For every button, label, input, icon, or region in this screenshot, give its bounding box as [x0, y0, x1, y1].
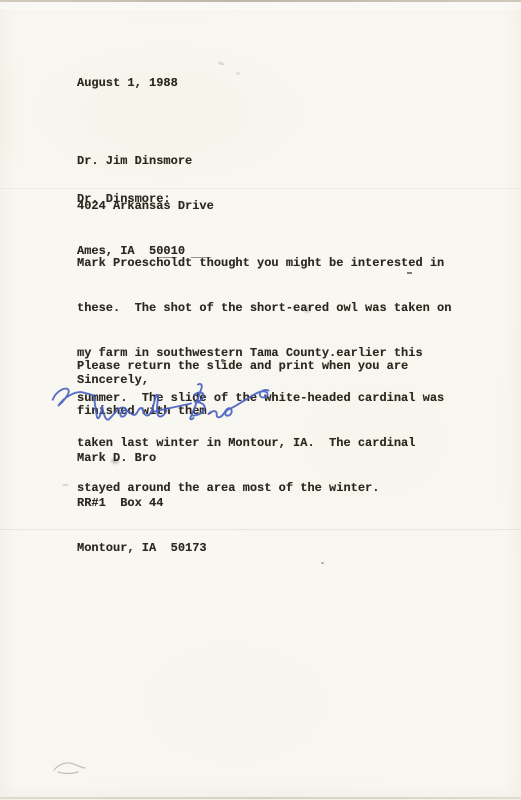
- paper-speck: [218, 61, 225, 66]
- paper-speck: [321, 562, 324, 564]
- sender-route-box: RR#1 Box 44: [77, 496, 207, 511]
- pencil-mark: [52, 760, 90, 778]
- sender-name: Mark D. Bro: [77, 451, 207, 466]
- letter-date: August 1, 1988: [77, 76, 178, 91]
- scan-top-highlight: [0, 2, 521, 10]
- recipient-name: Dr. Jim Dinsmore: [77, 154, 214, 169]
- paper-speck: [236, 72, 240, 75]
- scanned-letter-page: August 1, 1988 Dr. Jim Dinsmore 4024 Ark…: [0, 0, 521, 800]
- body-line: these. The shot of the short-eared owl w…: [77, 301, 451, 316]
- body-line: Please return the slide and print when y…: [77, 359, 408, 374]
- body-line: Mark Proescholdt thought you might be in…: [77, 256, 451, 271]
- paper-speck: [62, 484, 69, 486]
- sender-block: Mark D. Bro RR#1 Box 44 Montour, IA 5017…: [77, 421, 207, 586]
- scan-bottom-edge: [0, 797, 521, 799]
- salutation: Dr. Dinsmore:: [77, 192, 171, 207]
- sender-city-state-zip: Montour, IA 50173: [77, 541, 207, 556]
